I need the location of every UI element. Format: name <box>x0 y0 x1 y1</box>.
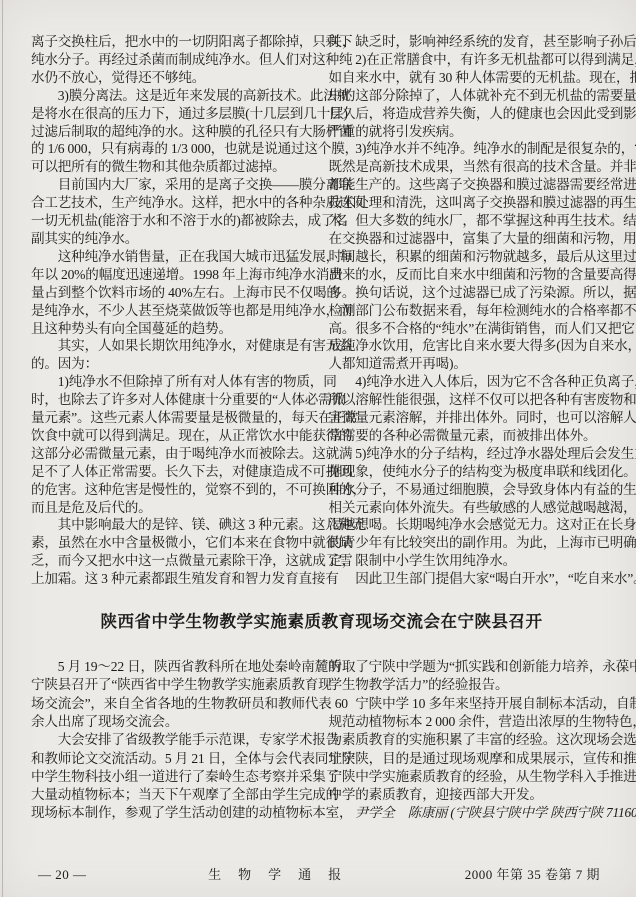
article2-right-lines: 听取了宁陕中学题为“抓实践和创新能力培养，永葆中学生物教学活力”的经验报告。 宁… <box>329 658 613 804</box>
article2-right-column: 听取了宁陕中学题为“抓实践和创新能力培养，永葆中学生物教学活力”的经验报告。 宁… <box>329 658 613 823</box>
text-line: 而且是危及后代的。 <box>31 499 315 517</box>
text-line: 宁陕县召开了“陕西省中学生物教学实施素质教育现 <box>31 676 315 694</box>
text-line: 足不了人体正常需要。长久下去，对健康造成不可挽回 <box>31 463 315 481</box>
text-line: 5 月 19～22 日，陕西省教科所在地处秦岭南麓的 <box>31 658 315 676</box>
text-line: 所以溶解性能很强，这样不仅可以把各种有害废物和有 <box>329 391 613 409</box>
text-line: 4)纯净水进入人体后，因为它不含各种正负离子， <box>329 373 613 391</box>
text-line: 时，也除去了许多对人体健康十分重要的“人体必需微 <box>31 391 315 409</box>
text-line: 是将水在很高的压力下，通过多层膜(十几层到几十层) <box>31 105 315 123</box>
article2-title: 陕西省中学生物教学实施素质教育现场交流会在宁陕县召开 <box>31 611 612 633</box>
text-line: 多。换句话说，这个过滤器已成了污染源。所以，据有关 <box>329 284 613 302</box>
text-line: 5)纯净水的分子结构，经过净水器处理后会发生重 <box>329 445 613 463</box>
text-line: 上加霜。这 3 种元素都跟生殖发育和智力发育直接有 <box>31 570 315 588</box>
text-line: 一切无机盐(能溶于水和不溶于水的)都被除去，成了名 <box>31 212 315 230</box>
article-pure-water: 离子交换柱后，把水中的一切阴阳离子都除掉，只剩下纯水分子。再经过杀菌而制成纯净水… <box>31 33 612 588</box>
text-line: 排现象，使纯水分子的结构变为极度串联和线团化。这 <box>329 463 613 481</box>
text-line: 出来的水，反而比自来水中细菌和污物的含量要高得 <box>329 266 613 284</box>
text-line: 技术处理和清洗，这叫离子交换器和膜过滤器的再生技 <box>329 194 613 212</box>
text-line: 乏，而今又把水中这一点微量元素除干净，这就成了雪 <box>31 552 315 570</box>
text-line: 关，缺乏时，影响神经系统的发育，甚至影响子孙后代。 <box>329 33 613 51</box>
footer-issue-info: 2000 年第 35 卷第 7 期 <box>465 864 600 883</box>
text-line: 合工艺技术，生产纯净水。这样，把水中的各种杂质连同 <box>31 194 315 212</box>
text-line: 其实，人如果长期饮用纯净水，对健康是有害无益 <box>31 337 315 355</box>
text-line: 量占到整个饮料市场的 40%左右。上海市民不仅喝的 <box>31 284 315 302</box>
text-line: 中学的素质教育，迎接西部大开发。 <box>329 786 613 804</box>
journal-page: 离子交换柱后，把水中的一切阴阳离子都除掉，只剩下纯水分子。再经过杀菌而制成纯净水… <box>0 0 636 897</box>
text-line: 渴越想喝。长期喝纯净水会感觉无力。这对正在长身体 <box>329 516 613 534</box>
text-line: 检测部门公布数据来看，每年检测纯水的合格率都不 <box>329 302 613 320</box>
text-line: 学生物教学活力”的经验报告。 <box>329 676 613 694</box>
text-line: 听取了宁陕中学题为“抓实践和创新能力培养，永葆中 <box>329 658 613 676</box>
text-line: 害微量元素溶解，并排出体外。同时，也可以溶解人体非 <box>329 409 613 427</box>
text-line: 定，限制中小学生饮用纯净水。 <box>329 552 613 570</box>
scan-edge-artifact <box>2 0 3 897</box>
text-line: 纯水分子。再经过杀菌而制成纯净水。但人们对这种纯 <box>31 51 315 69</box>
text-line: 大会安排了省级教学能手示范课，专家学术报告 <box>31 731 315 749</box>
text-line: 既然是高新技术成果，当然有很高的技术含量。并非谁 <box>329 158 613 176</box>
footer-journal-title: 生 物 学 通 报 <box>208 864 343 883</box>
text-line: 相关元素向体外流失。有些敏感的人感觉越喝越渴，越 <box>329 499 613 517</box>
article1-right-column: 关，缺乏时，影响神经系统的发育，甚至影响子孙后代。 2)在正常膳食中，有许多无机… <box>329 33 613 588</box>
article2-left-column: 5 月 19～22 日，陕西省教科所在地处秦岭南麓的宁陕县召开了“陕西省中学生物… <box>31 658 315 823</box>
text-line: 和教师论文交流活动。5 月 21 日，全体与会代表同宁陕 <box>31 750 315 768</box>
text-line: 时间越长，积累的细菌和污物就越多，最后从这里过滤 <box>329 248 613 266</box>
text-line: 目前国内大厂家，采用的是离子交换——膜分离联 <box>31 176 315 194</box>
text-line: 宁陕中学 10 多年来坚持开展自制标本活动，自制 <box>329 695 613 713</box>
text-line: 中学生物科技小组一道进行了秦岭生态考察并采集了 <box>31 768 315 786</box>
page-footer: — 20 — 生 物 学 通 报 2000 年第 35 卷第 7 期 <box>38 864 600 883</box>
article1-left-column: 离子交换柱后，把水中的一切阴阳离子都除掉，只剩下纯水分子。再经过杀菌而制成纯净水… <box>31 33 315 588</box>
text-line: 过滤后制取的超纯净的水。这种膜的孔径只有大肠杆菌 <box>31 123 315 141</box>
text-line: 2)在正常膳食中，有许多无机盐都可以得到满足， <box>329 51 613 69</box>
text-line: 水仍不放心，觉得还不够纯。 <box>31 69 315 87</box>
text-line: 其中影响最大的是锌、镁、碘这 3 种元素。这几种元 <box>31 516 315 534</box>
text-line: 且这种势头有向全国蔓延的趋势。 <box>31 320 315 338</box>
text-line: 都能生产的。这些离子交换器和膜过滤器需要经常进行 <box>329 176 613 194</box>
text-line: 常需要的各种必需微量元素，而被排出体外。 <box>329 427 613 445</box>
text-line: 年以 20%的幅度迅速递增。1998 年上海市纯净水消费 <box>31 266 315 284</box>
text-line: 3)膜分离法。这是近年来发展的高新技术。此法就 <box>31 87 315 105</box>
article2-byline: 尹学全 陈康丽 (宁陕县宁陕中学 陕西宁陕 711600) <box>329 804 613 822</box>
article-exchange-meeting: 5 月 19～22 日，陕西省教科所在地处秦岭南麓的宁陕县召开了“陕西省中学生物… <box>31 658 612 823</box>
text-line: 因此卫生部门提倡大家“喝白开水”，“吃自来水”。 <box>329 570 613 588</box>
page-content: 离子交换柱后，把水中的一切阴阳离子都除掉，只剩下纯水分子。再经过杀菌而制成纯净水… <box>31 33 612 823</box>
text-line: 离子交换柱后，把水中的一切阴阳离子都除掉，只剩下 <box>31 33 315 51</box>
text-line: 规范动植物标本 2 000 余件，营造出浓厚的生物特色， <box>329 713 613 731</box>
text-line: 的危害。这种危害是慢性的，觉察不到的，不可换回的， <box>31 481 315 499</box>
text-line: 的青少年有比较突出的副作用。为此，上海市已明确规 <box>329 534 613 552</box>
text-line: 宁陕中学实施素质教育的经验，从生物学科入手推进 <box>329 768 613 786</box>
text-line: 种水分子，不易通过细胞膜，会导致身体内有益的生命 <box>329 481 613 499</box>
footer-page-number: — 20 — <box>38 867 87 883</box>
text-line: 的 1/6 000，只有病毒的 1/3 000，也就是说通过这个膜， <box>31 140 315 158</box>
text-line: 饮食中就可以得到满足。现在，从正常饮水中能获得的 <box>31 427 315 445</box>
text-line: 严重的就将引发疾病。 <box>329 123 613 141</box>
text-line: 是纯净水，不少人甚至烧菜做饭等也都是用纯净水，而 <box>31 302 315 320</box>
text-line: 3)纯净水并不纯净。纯净水的制配是很复杂的，它 <box>329 140 613 158</box>
text-line: 术。但大多数的纯水厂，都不掌握这种再生技术。结果， <box>329 212 613 230</box>
text-line: 这种纯净水销售量，正在我国大城市迅猛发展，每 <box>31 248 315 266</box>
text-line: 余人出席了现场交流会。 <box>31 713 315 731</box>
text-line: 这部分必需微量元素，由于喝纯净水而被除去。这就满 <box>31 445 315 463</box>
text-line: 现场标本制作，参观了学生活动创建的动植物标本室， <box>31 804 315 822</box>
text-line: 高。很多不合格的“纯水”在满街销售，而人们又把它当 <box>329 320 613 338</box>
text-line: 为素质教育的实施积累了丰富的经验。这次现场会选 <box>329 731 613 749</box>
text-line: 场交流会”，来自全省各地的生物教研员和教师代表 60 <box>31 695 315 713</box>
text-line: 日久后，将造成营养失衡，人的健康也会因此受到影响， <box>329 105 613 123</box>
text-line: 大量动植物标本；当天下午观摩了全部由学生完成的 <box>31 786 315 804</box>
text-line: 可以把所有的微生物和其他杂质都过滤掉。 <box>31 158 315 176</box>
text-line: 在交换器和过滤器中，富集了大量的细菌和污物，用的 <box>329 230 613 248</box>
text-line: 的。因为： <box>31 355 315 373</box>
text-line: 人都知道需煮开再喝)。 <box>329 355 613 373</box>
text-line: 中的这部分除掉了，人体就补充不到无机盐的需要量。 <box>329 87 613 105</box>
text-line: 成纯净水饮用，危害比自来水要大得多(因为自来水，人 <box>329 337 613 355</box>
text-line: 素，虽然在水中含量极微小，它们本来在食物中就很缺 <box>31 534 315 552</box>
text-line: 1)纯净水不但除掉了所有对人体有害的物质，同 <box>31 373 315 391</box>
text-line: 如自来水中，就有 30 种人体需要的无机盐。现在，把水 <box>329 69 613 87</box>
text-line: 量元素”。这些元素人体需要量是极微量的，每天在正常 <box>31 409 315 427</box>
text-line: 副其实的纯净水。 <box>31 230 315 248</box>
text-line: 址宁陕，目的是通过现场观摩和成果展示，宣传和推广 <box>329 750 613 768</box>
